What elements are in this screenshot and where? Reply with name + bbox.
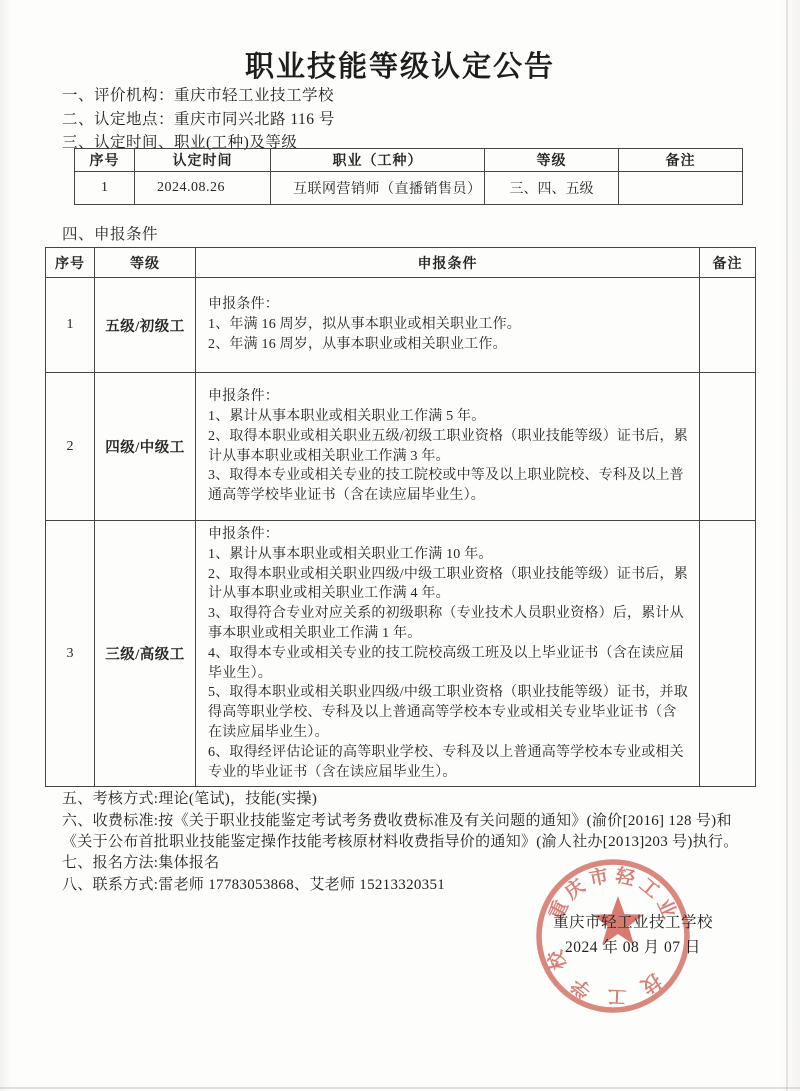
conditions-col-no: 序号 bbox=[46, 248, 95, 278]
conditions-table-row: 2 四级/中级工 申报条件： 1、累计从事本职业或相关职业工作满 5 年。 2、… bbox=[46, 373, 756, 521]
schedule-col-remark: 备注 bbox=[619, 149, 743, 172]
conditions-cell-grade: 三级/高级工 bbox=[95, 521, 196, 787]
conditions-table-row: 1 五级/初级工 申报条件： 1、年满 16 周岁，拟从事本职业或相关职业工作。… bbox=[46, 278, 756, 373]
conditions-table: 序号 等级 申报条件 备注 1 五级/初级工 申报条件： 1、年满 16 周岁，… bbox=[45, 247, 756, 787]
signature-date: 2024 年 08 月 07 日 bbox=[508, 935, 758, 960]
schedule-header-row: 序号 认定时间 职业（工种） 等级 备注 bbox=[75, 149, 743, 172]
conditions-cell-text: 申报条件： 1、年满 16 周岁，拟从事本职业或相关职业工作。 2、年满 16 … bbox=[196, 278, 700, 373]
condition-line: 申报条件： bbox=[208, 525, 689, 545]
condition-line: 5、取得本职业或相关职业四级/中级工职业资格（职业技能等级）证书，并取得高等职业… bbox=[208, 683, 689, 742]
scan-artifact-bottom bbox=[0, 1087, 800, 1089]
conditions-cell-no: 1 bbox=[46, 278, 95, 373]
conditions-cell-no: 3 bbox=[46, 521, 95, 787]
schedule-cell-occupation: 互联网营销师（直播销售员） bbox=[271, 172, 485, 205]
schedule-cell-levels: 三、四、五级 bbox=[485, 172, 619, 205]
conditions-cell-remark bbox=[700, 521, 756, 787]
schedule-col-date: 认定时间 bbox=[135, 149, 271, 172]
condition-line: 1、年满 16 周岁，拟从事本职业或相关职业工作。 bbox=[208, 315, 689, 335]
footer-item-fee-standard: 六、收费标准:按《关于职业技能鉴定考试考务费收费标准及有关问题的通知》(渝价[2… bbox=[62, 811, 759, 853]
conditions-cell-grade: 五级/初级工 bbox=[95, 278, 196, 373]
conditions-cell-remark bbox=[700, 278, 756, 373]
condition-line: 3、取得符合专业对应关系的初级职称（专业技术人员职业资格）后，累计从事本职业或相… bbox=[208, 604, 689, 644]
schedule-col-no: 序号 bbox=[75, 149, 135, 172]
condition-line: 申报条件： bbox=[208, 387, 689, 407]
condition-line: 1、累计从事本职业或相关职业工作满 5 年。 bbox=[208, 407, 689, 427]
signature-org: 重庆市轻工业技工学校 bbox=[508, 910, 758, 935]
conditions-section-heading: 四、申报条件 bbox=[62, 222, 158, 244]
schedule-cell-remark bbox=[619, 172, 743, 205]
condition-line: 申报条件： bbox=[208, 295, 689, 315]
schedule-col-occupation: 职业（工种） bbox=[271, 149, 485, 172]
intro-item-location: 二、认定地点：重庆市同兴北路 116 号 bbox=[62, 108, 335, 132]
condition-line: 1、累计从事本职业或相关职业工作满 10 年。 bbox=[208, 545, 689, 565]
intro-item-evaluation-org: 一、评价机构：重庆市轻工业技工学校 bbox=[62, 84, 335, 108]
conditions-col-remark: 备注 bbox=[700, 248, 756, 278]
schedule-table-row: 1 2024.08.26 互联网营销师（直播销售员） 三、四、五级 bbox=[75, 172, 743, 205]
conditions-header-row: 序号 等级 申报条件 备注 bbox=[46, 248, 756, 278]
condition-line: 2、取得本职业或相关职业五级/初级工职业资格（职业技能等级）证书后，累计从事本职… bbox=[208, 427, 689, 467]
conditions-col-grade: 等级 bbox=[95, 248, 196, 278]
schedule-table: 序号 认定时间 职业（工种） 等级 备注 1 2024.08.26 互联网营销师… bbox=[74, 148, 743, 205]
condition-line: 2、年满 16 周岁，从事本职业或相关职业工作。 bbox=[208, 335, 689, 355]
condition-line: 2、取得本职业或相关职业四级/中级工职业资格（职业技能等级）证书后，累计从事本职… bbox=[208, 565, 689, 605]
page-title: 职业技能等级认定公告 bbox=[0, 44, 800, 85]
conditions-col-conditions: 申报条件 bbox=[196, 248, 700, 278]
conditions-cell-remark bbox=[700, 373, 756, 521]
condition-line: 6、取得经评估论证的高等职业学校、专科及以上普通高等学校本专业或相关专业的毕业证… bbox=[208, 743, 689, 783]
signature-block: 重庆市轻工业技工学校 2024 年 08 月 07 日 bbox=[508, 910, 758, 960]
footer-item-assessment-method: 五、考核方式:理论(笔试)，技能(实操) bbox=[62, 789, 759, 810]
condition-line: 3、取得本专业或相关专业的技工院校或中等及以上职业院校、专科及以上普通高等学校毕… bbox=[208, 466, 689, 506]
conditions-cell-text: 申报条件： 1、累计从事本职业或相关职业工作满 5 年。 2、取得本职业或相关职… bbox=[196, 373, 700, 521]
intro-list: 一、评价机构：重庆市轻工业技工学校 二、认定地点：重庆市同兴北路 116 号 三… bbox=[62, 84, 335, 155]
document-page: 职业技能等级认定公告 一、评价机构：重庆市轻工业技工学校 二、认定地点：重庆市同… bbox=[0, 0, 800, 1091]
conditions-cell-text: 申报条件： 1、累计从事本职业或相关职业工作满 10 年。 2、取得本职业或相关… bbox=[196, 521, 700, 787]
conditions-cell-grade: 四级/中级工 bbox=[95, 373, 196, 521]
condition-line: 4、取得本专业或相关专业的技工院校高级工班及以上毕业证书（含在读应届毕业生）。 bbox=[208, 644, 689, 684]
scan-artifact-right bbox=[786, 0, 788, 1091]
conditions-cell-no: 2 bbox=[46, 373, 95, 521]
schedule-col-levels: 等级 bbox=[485, 149, 619, 172]
schedule-cell-no: 1 bbox=[75, 172, 135, 205]
conditions-table-row: 3 三级/高级工 申报条件： 1、累计从事本职业或相关职业工作满 10 年。 2… bbox=[46, 521, 756, 787]
schedule-cell-date: 2024.08.26 bbox=[135, 172, 271, 205]
